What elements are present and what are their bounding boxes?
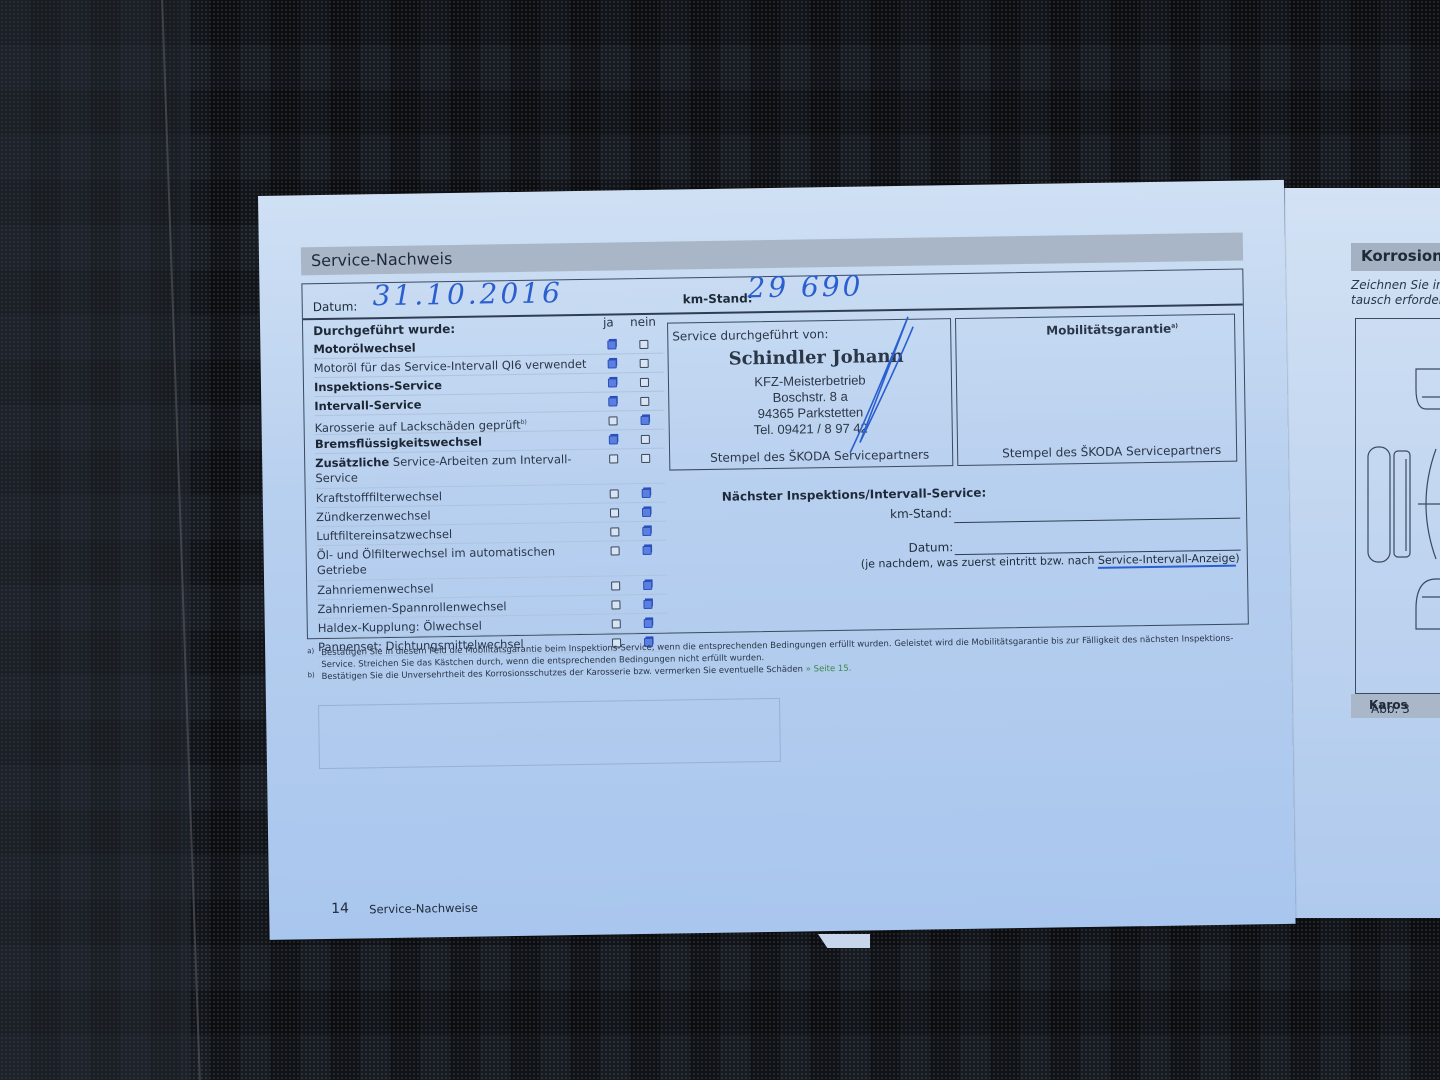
service-item-label: Bremsflüssigkeitswechsel: [315, 433, 595, 452]
service-item-text: Öl- und Ölfilterwechsel im automatischen…: [317, 544, 556, 577]
figure-caption: Abb. 3Karos: [1351, 694, 1440, 718]
right-intro: Zeichnen Sie in tausch erforder: [1351, 278, 1440, 308]
service-intervall-anzeige-link[interactable]: Service-Intervall-Anzeige: [1098, 552, 1236, 569]
next-service-section: Nächster Inspektions/Intervall-Service: …: [670, 480, 1242, 589]
service-item-label: Zahnriemenwechsel: [317, 579, 597, 598]
checkbox-ja[interactable]: [610, 489, 619, 498]
checkbox-ja[interactable]: [611, 546, 620, 555]
section-title: Service-Nachweis: [311, 249, 453, 270]
checkbox-nein[interactable]: [643, 600, 652, 609]
checkbox-nein[interactable]: [640, 397, 649, 406]
checkbox-ja[interactable]: [608, 378, 617, 387]
service-item-text: Kraftstofffilterwechsel: [316, 489, 442, 505]
checkbox-nein[interactable]: [642, 489, 651, 498]
right-page: Korrosion Zeichnen Sie in tausch erforde…: [1283, 188, 1440, 918]
column-nein: nein: [630, 315, 656, 329]
checkbox-ja[interactable]: [609, 416, 618, 425]
service-item-bold: Motorölwechsel: [313, 341, 415, 357]
page-number: 14: [331, 901, 349, 917]
mobility-heading: Mobilitätsgarantiea): [1046, 322, 1178, 338]
checkbox-nein[interactable]: [641, 435, 650, 444]
checkbox-ja[interactable]: [607, 340, 616, 349]
service-item-text: Zahnriemenwechsel: [317, 581, 434, 597]
mobility-footnote-mark: a): [1171, 323, 1178, 330]
service-item-label: Kraftstofffilterwechsel: [316, 487, 596, 506]
right-intro-line: tausch erforder: [1351, 293, 1440, 308]
checkbox-ja[interactable]: [610, 527, 619, 536]
signature-scribble-icon: [838, 312, 920, 463]
checkbox-nein[interactable]: [640, 378, 649, 387]
service-item-label: Motoröl für das Service-Intervall QI6 ve…: [314, 357, 594, 376]
checkbox-nein[interactable]: [642, 527, 651, 536]
datum-km-row: Datum: 31.10.2016 km-Stand: 29 690: [302, 270, 1242, 321]
next-service-heading: Nächster Inspektions/Intervall-Service:: [722, 486, 987, 504]
note-prefix: (je nachdem, was zuerst eintritt bzw. na…: [861, 554, 1098, 571]
checkbox-nein[interactable]: [642, 508, 651, 517]
km-label: km-Stand:: [683, 291, 753, 306]
right-section-title: Korrosion: [1351, 243, 1440, 271]
service-box-heading: Service durchgeführt von:: [672, 327, 828, 343]
footnote-mark: b): [307, 669, 314, 681]
section-title-bar: Service-Nachweis: [301, 233, 1243, 276]
service-item-bold: Bremsflüssigkeitswechsel: [315, 435, 482, 452]
checkbox-nein[interactable]: [643, 581, 652, 590]
footnote-mark: b): [521, 419, 527, 426]
note-suffix: ): [1235, 552, 1240, 565]
datum-label: Datum:: [313, 299, 358, 314]
service-item-row: Zusätzliche Service-Arbeiten zum Interva…: [315, 449, 666, 489]
service-item-label: Motorölwechsel: [313, 338, 593, 357]
checkbox-ja[interactable]: [609, 435, 618, 444]
next-km-label: km-Stand:: [890, 506, 952, 521]
right-title-text: Korrosion: [1361, 247, 1440, 265]
durchgefuehrt-label: Durchgeführt wurde:: [313, 322, 455, 338]
checkbox-nein[interactable]: [639, 340, 648, 349]
checkbox-nein[interactable]: [640, 359, 649, 368]
service-item-label: Luftfiltereinsatzwechsel: [316, 525, 596, 544]
checkbox-ja[interactable]: [612, 619, 621, 628]
service-box-caption: Stempel des ŠKODA Servicepartners: [710, 447, 929, 464]
page-section-footer: Service-Nachweise: [369, 901, 478, 917]
km-value[interactable]: 29 690: [747, 270, 863, 305]
service-item-bold: Intervall-Service: [314, 397, 421, 413]
service-item-text: Luftfiltereinsatzwechsel: [316, 527, 452, 543]
service-item-label: Zusätzliche Service-Arbeiten zum Interva…: [315, 452, 595, 486]
footnote-mark: a): [307, 645, 314, 657]
service-item-text: Motoröl für das Service-Intervall QI6 ve…: [314, 357, 587, 375]
mobility-guarantee-box: Mobilitätsgarantiea) Stempel des ŠKODA S…: [955, 314, 1237, 466]
service-item-text: Zündkerzenwechsel: [316, 508, 431, 524]
service-item-text: Zahnriemen-Spannrollenwechsel: [317, 599, 506, 616]
checkbox-ja[interactable]: [611, 581, 620, 590]
checkbox-nein[interactable]: [641, 454, 650, 463]
service-item-text: Haldex-Kupplung: Ölwechsel: [318, 619, 482, 636]
service-item-label: Intervall-Service: [314, 395, 594, 414]
car-diagram-figure: [1355, 318, 1440, 694]
service-record-form: Datum: 31.10.2016 km-Stand: 29 690 Durch…: [301, 269, 1248, 640]
service-item-label: Inspektions-Service: [314, 376, 594, 395]
fabric-panel: [0, 0, 190, 1080]
seite-15-link[interactable]: » Seite 15.: [806, 664, 852, 675]
checkbox-ja[interactable]: [610, 508, 619, 517]
show-through-ghost-boxes: [318, 698, 781, 769]
checkbox-ja[interactable]: [608, 359, 617, 368]
next-km-field[interactable]: [954, 518, 1240, 523]
service-item-bold: Inspektions-Service: [314, 378, 442, 394]
car-outline-icon: [1356, 319, 1440, 693]
next-datum-label: Datum:: [908, 540, 953, 555]
service-item-bold: Zusätzliche: [315, 455, 389, 470]
service-item-label: Öl- und Ölfilterwechsel im automatischen…: [317, 544, 597, 578]
right-intro-line: Zeichnen Sie in: [1351, 278, 1440, 293]
checkbox-nein[interactable]: [644, 619, 653, 628]
service-item-label: Zündkerzenwechsel: [316, 506, 596, 525]
checkbox-ja[interactable]: [608, 397, 617, 406]
service-items-list: MotorölwechselMotoröl für das Service-In…: [313, 335, 668, 657]
left-page: Service-Nachweis Datum: 31.10.2016 km-St…: [258, 180, 1296, 940]
checkbox-ja[interactable]: [611, 600, 620, 609]
mobility-box-caption: Stempel des ŠKODA Servicepartners: [1002, 443, 1221, 460]
checkbox-nein[interactable]: [641, 416, 650, 425]
service-item-row: Öl- und Ölfilterwechsel im automatischen…: [317, 541, 668, 581]
mobility-heading-text: Mobilitätsgarantie: [1046, 322, 1171, 338]
checkbox-nein[interactable]: [643, 546, 652, 555]
service-item-label: Haldex-Kupplung: Ölwechsel: [318, 617, 598, 636]
datum-value[interactable]: 31.10.2016: [372, 276, 563, 312]
service-item-label: Zahnriemen-Spannrollenwechsel: [317, 598, 597, 617]
figure-label: Abb. 3: [1371, 702, 1410, 716]
column-ja: ja: [603, 315, 614, 329]
service-stamp-box: Service durchgeführt von: Schindler Joha…: [667, 318, 953, 470]
checkbox-ja[interactable]: [609, 454, 618, 463]
